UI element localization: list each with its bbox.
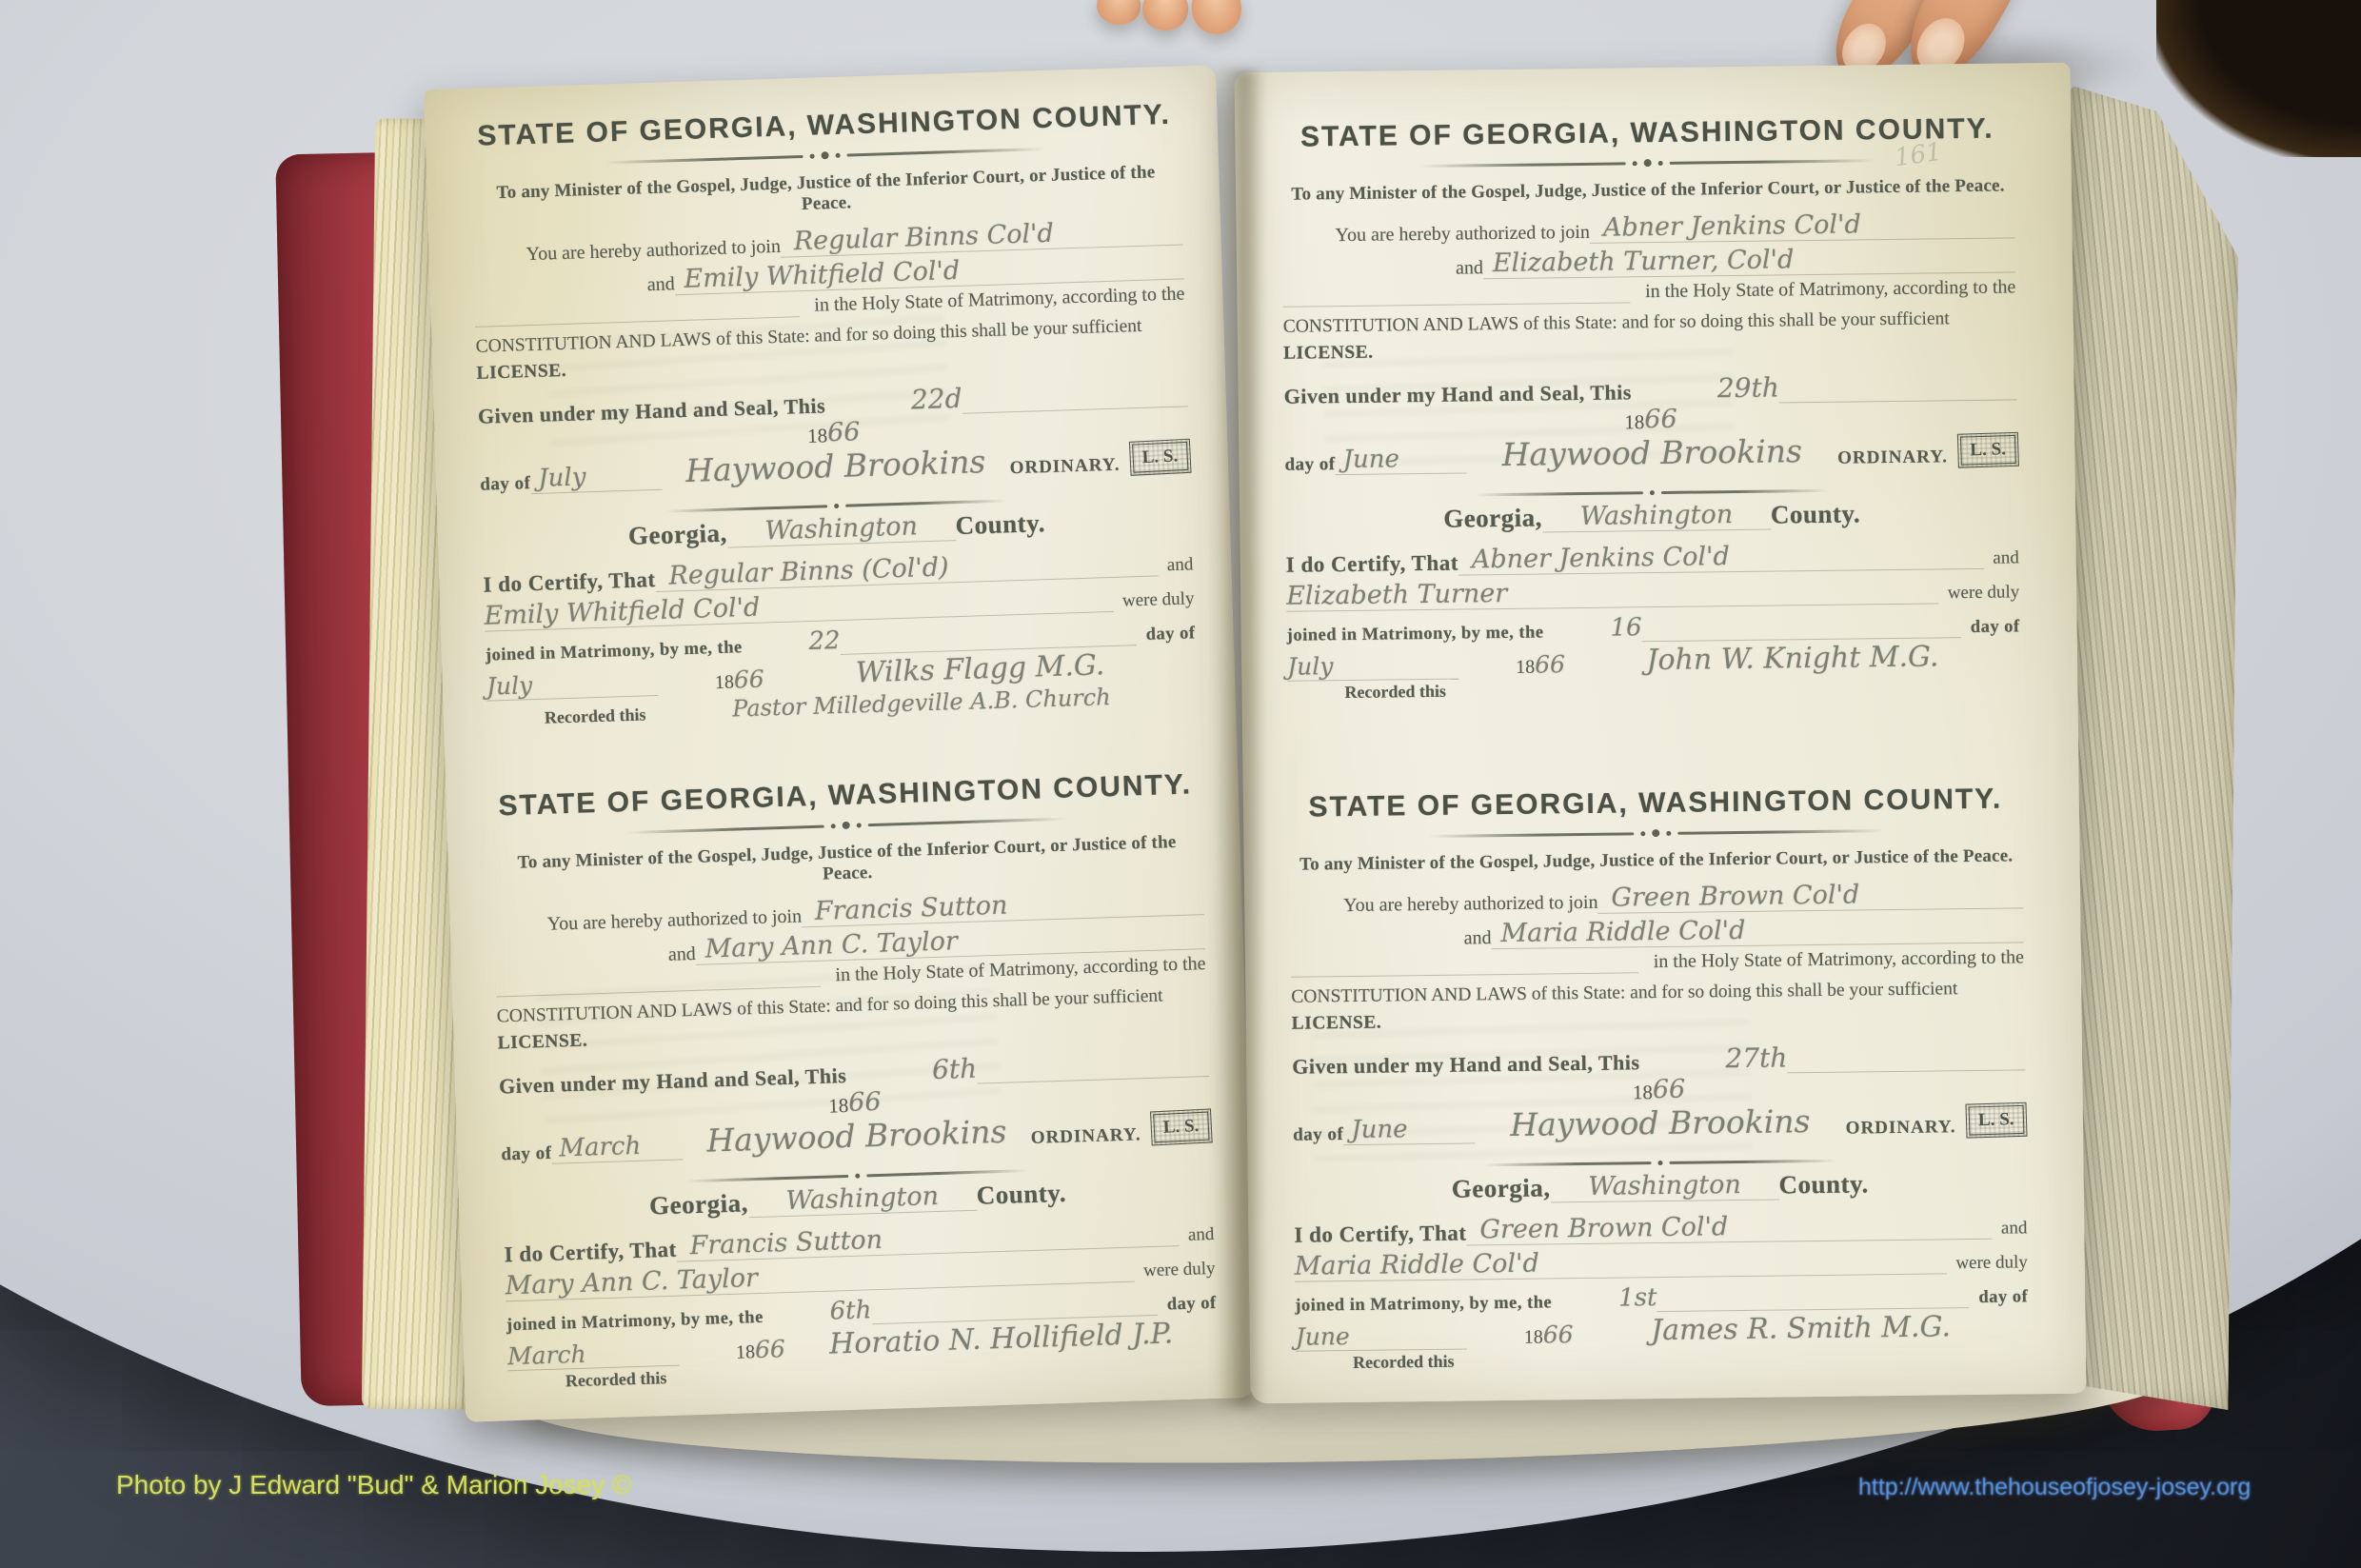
addressee-line: To any Minister of the Gospel, Judge, Ju…	[1281, 175, 2014, 205]
joined-month: June	[1296, 1321, 1467, 1352]
ornament-dot	[855, 1174, 860, 1179]
seal-ls: L. S.	[1128, 439, 1190, 476]
were-duly-label: were duly	[1113, 588, 1195, 612]
constitution-line: CONSTITUTION AND LAWS of this State: and…	[1291, 979, 1957, 1008]
ornament-dot	[836, 152, 841, 157]
license-label: LICENSE.	[1283, 343, 1374, 365]
ornament-dot	[1658, 160, 1663, 165]
cert-bride-name: Maria Riddle Col'd	[1295, 1248, 1609, 1282]
ornament-line	[665, 505, 827, 512]
were-duly-label: were duly	[1938, 582, 2020, 604]
recorded-label: Recorded this	[545, 705, 646, 727]
ornament-line	[626, 824, 824, 834]
day-of-label: day of	[1136, 624, 1195, 645]
county-name: Washington	[726, 510, 956, 548]
cert-bride-name: Emily Whitfield Col'd	[484, 591, 799, 631]
county-label: County.	[976, 1179, 1066, 1211]
joined-label: joined in Matrimony, by me, the	[1287, 623, 1544, 645]
day-of-label: day of	[1969, 1287, 2028, 1308]
ordinary-label: ORDINARY.	[1837, 447, 1948, 468]
ornament-divider	[1420, 156, 1875, 169]
right-page: STATE OF GEORGIA, WASHINGTON COUNTY. To …	[1234, 63, 2086, 1404]
ornament-dot	[810, 153, 815, 158]
ornament-line	[1484, 1161, 1651, 1166]
county-name: Washington	[1542, 500, 1771, 533]
license-day: 29th	[1717, 371, 1779, 404]
were-duly-label: were duly	[1134, 1259, 1216, 1282]
blank-line	[1609, 1273, 1947, 1278]
marriage-record-book: STATE OF GEORGIA, WASHINGTON COUNTY. To …	[281, 52, 2242, 1476]
seal-ls: L. S.	[1965, 1102, 2027, 1139]
ornament-line	[1429, 832, 1635, 838]
georgia-label: Georgia,	[649, 1188, 749, 1221]
photo-credit: Photo by J Edward "Bud" & Marion Josey ©	[116, 1470, 632, 1500]
recorded-label: Recorded this	[1353, 1352, 1455, 1373]
ornament-line	[1669, 1160, 1835, 1164]
recorded-label: Recorded this	[1344, 682, 1446, 703]
license-day: 22d	[910, 383, 962, 416]
ordinary-label: ORDINARY.	[1846, 1117, 1956, 1139]
ornament-dot	[831, 824, 836, 828]
matrimony-line: in the Holy State of Matrimony, accordin…	[1638, 946, 2024, 973]
year-prefix: 18	[828, 1094, 849, 1119]
cert-groom-name: Green Brown Col'd	[1466, 1209, 1992, 1246]
joined-year: 66	[1535, 650, 1565, 678]
website-link[interactable]: http://www.thehouseofjosey-josey.org	[1858, 1474, 2251, 1501]
ornament-divider	[605, 145, 1045, 167]
year-prefix: 18	[1624, 410, 1644, 434]
year-prefix: 18	[736, 1341, 756, 1364]
blank-line	[1282, 302, 1630, 307]
ordinary-label: ORDINARY.	[1030, 1124, 1141, 1149]
addressee-line: To any Minister of the Gospel, Judge, Ju…	[1290, 845, 2023, 875]
and-label: and	[1179, 1224, 1215, 1246]
and-label: and	[668, 943, 697, 966]
ornament-dot	[1640, 831, 1645, 836]
ordinary-signature: Haywood Brookins	[1466, 432, 1837, 474]
cert-bride-name: Mary Ann C. Taylor	[505, 1261, 820, 1301]
officiant-title	[1455, 1364, 2029, 1371]
addressee-line: To any Minister of the Gospel, Judge, Ju…	[470, 161, 1181, 225]
ornament-dot	[834, 504, 839, 508]
officiant-signature: James R. Smith M.G.	[1573, 1309, 2029, 1348]
authorize-label: You are hereby authorized to join	[526, 236, 781, 266]
county-label: County.	[1771, 499, 1861, 529]
day-of-label: day of	[501, 1143, 552, 1166]
marriage-record: STATE OF GEORGIA, WASHINGTON COUNTY. To …	[1289, 783, 2030, 1408]
license-year: 66	[848, 1087, 882, 1118]
blank-line	[1600, 603, 1938, 607]
officiant-title	[1446, 694, 2020, 701]
joined-month: July	[486, 667, 658, 702]
license-label: LICENSE.	[497, 1031, 587, 1055]
and-label: and	[646, 273, 675, 296]
ornament-divider	[1484, 1159, 1836, 1168]
record-header: STATE OF GEORGIA, WASHINGTON COUNTY.	[1289, 783, 2022, 824]
ornament-line	[1476, 491, 1642, 496]
georgia-label: Georgia,	[1452, 1173, 1551, 1203]
cert-groom-name: Abner Jenkins Col'd	[1458, 539, 1984, 576]
authorize-label: You are hereby authorized to join	[1335, 222, 1590, 247]
authorize-label: You are hereby authorized to join	[546, 905, 802, 935]
county-name: Washington	[747, 1181, 977, 1219]
constitution-line: CONSTITUTION AND LAWS of this State: and…	[1283, 308, 1950, 338]
certify-label: I do Certify, That	[1294, 1221, 1466, 1248]
and-label: and	[1463, 927, 1491, 949]
page-edges-right	[2069, 85, 2238, 1410]
and-label: and	[1456, 257, 1483, 279]
marriage-record: STATE OF GEORGIA, WASHINGTON COUNTY. To …	[489, 768, 1219, 1407]
ornament-line	[1677, 829, 1883, 835]
year-prefix: 18	[1633, 1081, 1653, 1104]
year-prefix: 18	[1516, 657, 1535, 679]
joined-day: 22	[808, 626, 841, 656]
addressee-line: To any Minister of the Gospel, Judge, Ju…	[491, 831, 1202, 895]
given-label: Given under my Hand and Seal, This	[1292, 1050, 1640, 1079]
day-of-label: day of	[1158, 1294, 1217, 1316]
cert-bride-name: Elizabeth Turner	[1286, 578, 1600, 612]
ornament-dot	[1644, 159, 1652, 167]
ordinary-label: ORDINARY.	[1009, 455, 1120, 480]
ornament-line	[866, 1169, 1028, 1177]
ornament-dot	[821, 151, 828, 159]
ornament-dot	[1652, 829, 1659, 837]
georgia-label: Georgia,	[628, 519, 728, 551]
officiant-title	[667, 1371, 1219, 1388]
officiant-signature: John W. Knight M.G.	[1565, 639, 2021, 678]
day-of-label: day of	[1961, 617, 2020, 638]
license-month: June	[1343, 1114, 1475, 1145]
ordinary-signature: Haywood Brookins	[1475, 1102, 1846, 1144]
day-of-label: day of	[480, 473, 531, 496]
joined-year: 66	[754, 1335, 785, 1363]
ornament-line	[605, 154, 803, 164]
day-of-label: day of	[1284, 454, 1335, 476]
license-day: 6th	[932, 1053, 978, 1085]
ornament-line	[686, 1175, 848, 1182]
seal-ls: L. S.	[1956, 432, 2018, 468]
ornament-line	[1420, 162, 1626, 168]
authorize-label: You are hereby authorized to join	[1343, 892, 1598, 917]
license-year: 66	[1653, 1075, 1686, 1104]
blank-line	[496, 986, 821, 998]
marriage-record: STATE OF GEORGIA, WASHINGTON COUNTY. To …	[1280, 112, 2021, 738]
left-page: STATE OF GEORGIA, WASHINGTON COUNTY. To …	[424, 65, 1258, 1421]
joined-label: joined in Matrimony, by me, the	[1295, 1293, 1552, 1316]
were-duly-label: were duly	[1946, 1252, 2028, 1274]
joined-day: 1st	[1618, 1283, 1657, 1312]
license-day: 27th	[1725, 1042, 1787, 1074]
license-label: LICENSE.	[1292, 1013, 1382, 1035]
certify-label: I do Certify, That	[483, 567, 656, 598]
book-gutter-shadow	[1216, 69, 1265, 1407]
license-year: 66	[1644, 405, 1677, 434]
blank-line	[1291, 972, 1638, 977]
license-month: July	[530, 461, 663, 494]
matrimony-line: in the Holy State of Matrimony, accordin…	[1630, 276, 2015, 303]
seal-ls: L. S.	[1149, 1108, 1211, 1145]
georgia-label: Georgia,	[1443, 503, 1542, 533]
license-month: June	[1335, 444, 1466, 475]
ornament-dot	[843, 822, 850, 829]
ornament-line	[847, 147, 1045, 156]
groom-name: Green Brown Col'd	[1597, 878, 2023, 913]
and-label: and	[1983, 547, 2019, 568]
ornament-divider	[625, 815, 1066, 837]
county-name: Washington	[1550, 1170, 1778, 1203]
ornament-line	[1670, 159, 1875, 165]
certify-label: I do Certify, That	[504, 1238, 677, 1268]
year-prefix: 18	[715, 671, 735, 694]
joined-day: 6th	[829, 1296, 872, 1325]
license-month: March	[551, 1130, 684, 1163]
ornament-dot	[1666, 830, 1671, 835]
ornament-divider	[1429, 826, 1883, 840]
joined-month: March	[507, 1338, 680, 1372]
ornament-line	[845, 499, 1007, 506]
ornament-dot	[1649, 490, 1654, 495]
given-label: Given under my Hand and Seal, This	[1283, 380, 1632, 408]
year-prefix: 18	[1524, 1327, 1543, 1349]
license-year: 66	[827, 417, 861, 447]
year-prefix: 18	[807, 424, 828, 448]
groom-name: Abner Jenkins Col'd	[1590, 208, 2015, 243]
ornament-dot	[1633, 161, 1637, 166]
ornament-dot	[857, 823, 862, 827]
certify-label: I do Certify, That	[1286, 551, 1458, 578]
ornament-divider	[1476, 488, 1828, 498]
county-label: County.	[955, 508, 1045, 541]
joined-year: 66	[1543, 1320, 1574, 1348]
and-label: and	[1158, 554, 1194, 576]
bride-name: Maria Riddle Col'd	[1491, 912, 2023, 949]
joined-month: July	[1287, 651, 1458, 682]
ornament-dot	[1657, 1161, 1662, 1165]
license-label: LICENSE.	[476, 361, 566, 385]
day-of-label: day of	[1293, 1124, 1343, 1146]
and-label: and	[1992, 1218, 2028, 1239]
joined-year: 66	[733, 665, 764, 693]
recorded-label: Recorded this	[565, 1368, 667, 1391]
ornament-line	[1660, 489, 1827, 494]
ornament-line	[868, 817, 1066, 826]
joined-day: 16	[1610, 613, 1641, 642]
marriage-record: STATE OF GEORGIA, WASHINGTON COUNTY. To …	[468, 99, 1198, 738]
record-header: STATE OF GEORGIA, WASHINGTON COUNTY.	[468, 99, 1180, 153]
record-header: STATE OF GEORGIA, WASHINGTON COUNTY.	[489, 768, 1200, 823]
bride-name: Elizabeth Turner, Col'd	[1483, 242, 2015, 279]
county-label: County.	[1778, 1169, 1869, 1200]
blank-line	[475, 316, 800, 327]
